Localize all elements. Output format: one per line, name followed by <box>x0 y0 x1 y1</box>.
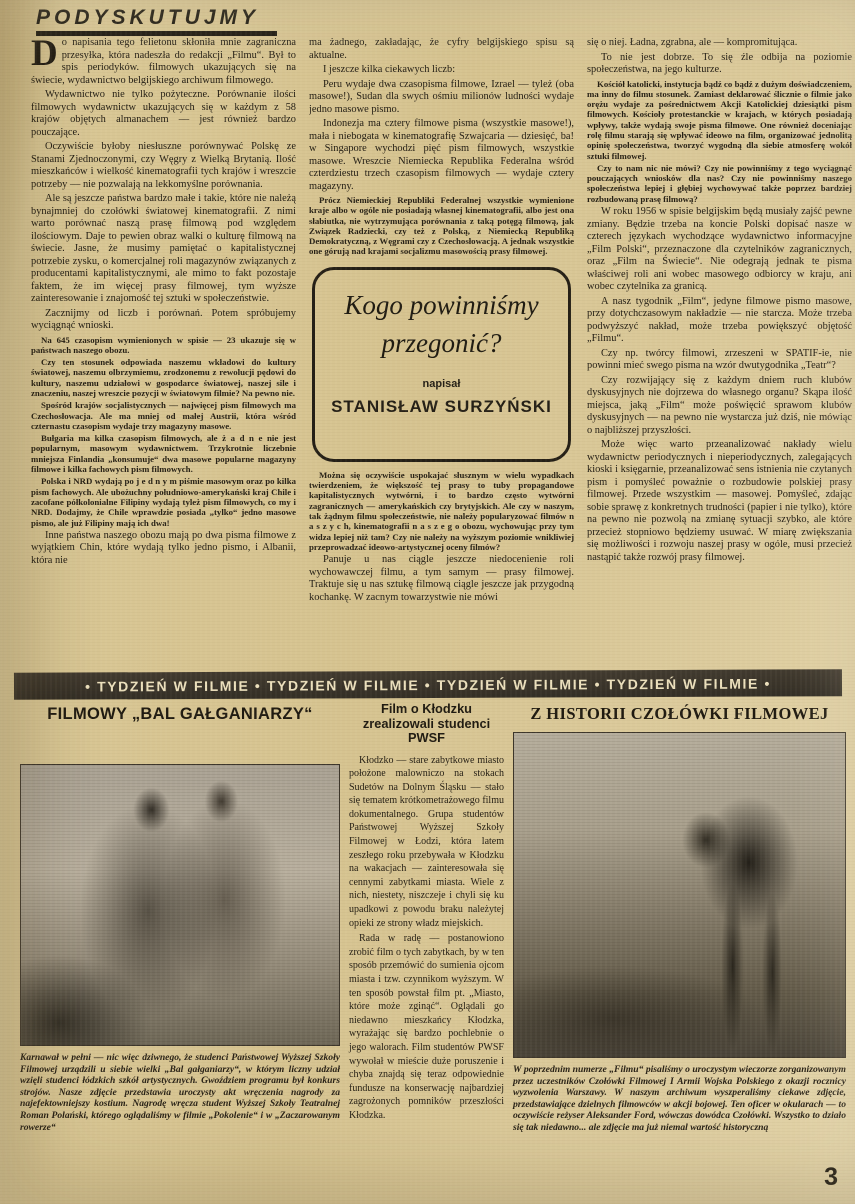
article-column-3: się o niej. Ładna, zgrabna, ale — kompro… <box>587 37 852 671</box>
news-section: FILMOWY „BAL GAŁGANIARZY“ Karnawał w peł… <box>20 700 846 1143</box>
news-item-czolowka: Z HISTORII CZOŁÓWKI FILMOWEJ W poprzedni… <box>513 700 846 1143</box>
news-item-ball: FILMOWY „BAL GAŁGANIARZY“ Karnawał w peł… <box>20 700 340 1143</box>
byline-label: napisał <box>323 378 560 390</box>
paragraph: A nasz tygodnik „Film“, jedyne filmowe p… <box>587 296 852 346</box>
news-headline-czolowka: Z HISTORII CZOŁÓWKI FILMOWEJ <box>513 704 846 724</box>
drop-cap: D <box>31 37 62 68</box>
paragraph: Wydawnictwo nie tylko pożyteczne. Porówn… <box>31 89 296 139</box>
paragraph-emphasis: Bułgaria ma kilka czasopism filmowych, a… <box>31 433 296 474</box>
section-title: PODYSKUTUJMY <box>36 6 277 36</box>
paragraph-emphasis: Czy to nam nic nie mówi? Czy nie powinni… <box>587 163 852 204</box>
paragraph: W roku 1956 w spisie belgijskim będą mus… <box>587 206 852 294</box>
paragraph-emphasis: Polska i NRD wydają po j e d n y m piśmi… <box>31 476 296 527</box>
paragraph: się o niej. Ładna, zgrabna, ale — kompro… <box>587 37 852 50</box>
paragraph: Czy np. twórcy filmowi, zrzeszeni w SPAT… <box>587 348 852 373</box>
magazine-page: PODYSKUTUJMY Do napisania tego felietonu… <box>0 0 855 1204</box>
paragraph: Czy rozwijający się z każdym dniem ruch … <box>587 375 852 438</box>
paragraph: Kłodzko — stare zabytkowe miasto położon… <box>349 754 504 931</box>
paragraph: Oczywiście byłoby niesłuszne porównywać … <box>31 141 296 191</box>
article-column-2: ma żadnego, zakładając, że cyfry belgijs… <box>309 37 574 671</box>
author-name: STANISŁAW SURZYŃSKI <box>323 397 560 417</box>
paragraph-emphasis: Spośród krajów socjalistycznych — najwię… <box>31 400 296 431</box>
article-title: Kogo powinniśmy przegonić? <box>323 286 560 362</box>
film-crew-photo <box>513 732 846 1058</box>
photo-caption: Karnawał w pełni — nic więc dziwnego, że… <box>20 1052 340 1133</box>
paragraph: Inne państwa naszego obozu mają po dwa p… <box>31 530 296 568</box>
paragraph-emphasis: Na 645 czasopism wymienionych w spisie —… <box>31 335 296 356</box>
paragraph: Indonezja ma cztery filmowe pisma (wszys… <box>309 118 574 193</box>
paragraph: Peru wydaje dwa czasopisma filmowe, Izra… <box>309 79 574 117</box>
week-in-film-banner: • TYDZIEŃ W FILMIE • TYDZIEŃ W FILMIE • … <box>14 669 842 700</box>
carnival-ball-photo <box>20 764 340 1046</box>
paragraph-emphasis: Można się oczywiście uspokajać słusznym … <box>309 470 574 552</box>
paragraph: Do napisania tego felietonu skłoniła mni… <box>31 37 296 87</box>
page-number: 3 <box>824 1163 838 1192</box>
article-title-box: Kogo powinniśmy przegonić? napisał STANI… <box>312 267 571 462</box>
article-columns: Do napisania tego felietonu skłoniła mni… <box>31 37 852 671</box>
paragraph: ma żadnego, zakładając, że cyfry belgijs… <box>309 37 574 62</box>
paragraph: Rada w radę — postanowiono zrobić film o… <box>349 932 504 1122</box>
paragraph: Zacznijmy od liczb i porównań. Potem spr… <box>31 308 296 333</box>
paragraph: Może więc warto przeanalizować nakłady w… <box>587 439 852 564</box>
paragraph: Panuje u nas ciągle jeszcze niedocenieni… <box>309 554 574 604</box>
news-item-klodzko: Film o Kłodzku zrealizowali studenci PWS… <box>349 700 504 1143</box>
news-headline-klodzko: Film o Kłodzku zrealizowali studenci PWS… <box>349 702 504 746</box>
paragraph-text: o napisania tego felietonu skłoniła mnie… <box>31 37 296 86</box>
paragraph: Ale są jeszcze państwa bardzo małe i tak… <box>31 193 296 306</box>
paragraph: To nie jest dobrze. To się źle odbija na… <box>587 52 852 77</box>
news-headline-ball: FILMOWY „BAL GAŁGANIARZY“ <box>20 705 340 724</box>
paragraph-emphasis: Prócz Niemieckiej Republiki Federalnej w… <box>309 195 574 257</box>
paragraph: I jeszcze kilka ciekawych liczb: <box>309 64 574 77</box>
photo-caption: W poprzednim numerze „Filmu“ pisaliśmy o… <box>513 1064 846 1134</box>
article-column-1: Do napisania tego felietonu skłoniła mni… <box>31 37 296 671</box>
paragraph-emphasis: Kościół katolicki, instytucja bądź co bą… <box>587 79 852 161</box>
paragraph-emphasis: Czy ten stosunek odpowiada naszemu wkład… <box>31 357 296 398</box>
